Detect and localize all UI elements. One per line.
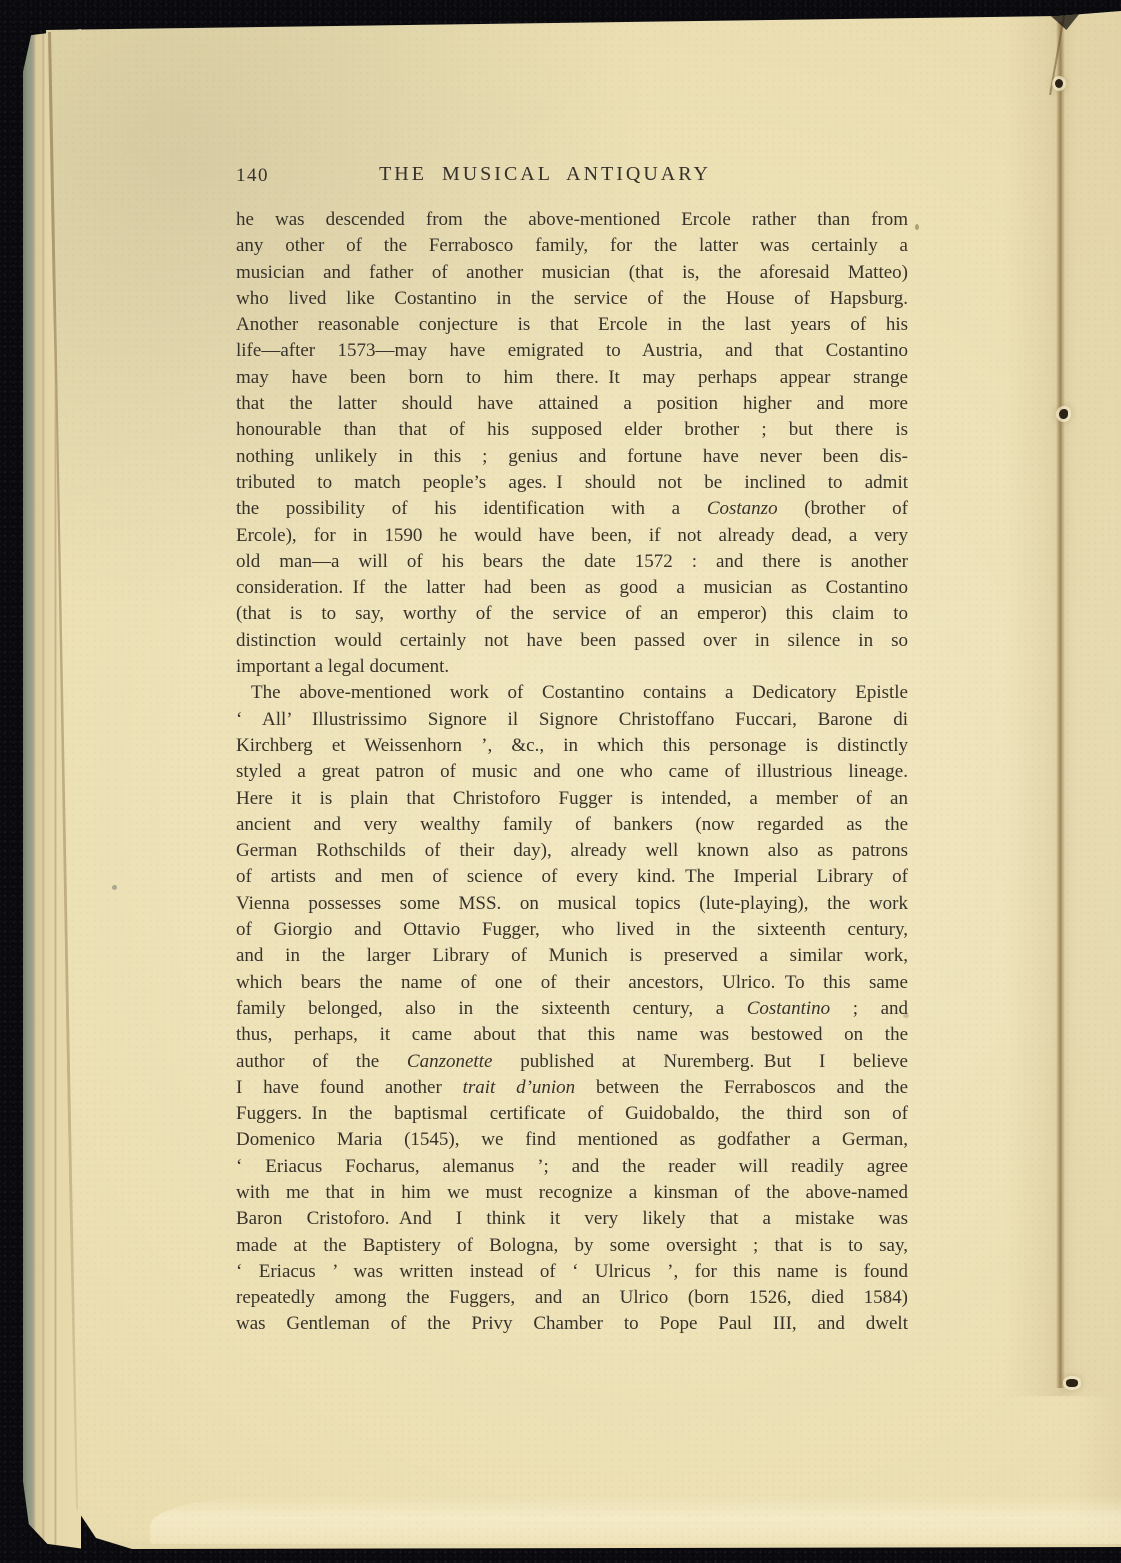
text-line: and in the larger Library of Munich is p… — [236, 943, 908, 969]
text-line: family belonged, also in the sixteenth c… — [236, 996, 908, 1022]
text-line: repeatedly among the Fuggers, and an Ulr… — [236, 1285, 908, 1311]
text-line: the possibility of his identification wi… — [236, 496, 908, 522]
text-line: thus, perhaps, it came about that this n… — [236, 1022, 908, 1048]
running-header: THE MUSICAL ANTIQUARY — [236, 163, 854, 186]
text-line: ‘ All’ Illustrissimo Signore il Signore … — [236, 707, 908, 733]
text-line: of Giorgio and Ottavio Fugger, who lived… — [236, 917, 908, 943]
text-line: nothing unlikely in this ; genius and fo… — [236, 444, 908, 470]
text-line: any other of the Ferrabosco family, for … — [236, 233, 908, 259]
paper-speck — [915, 224, 919, 230]
text-line: styled a great patron of music and one w… — [236, 759, 908, 785]
text-line: who lived like Costantino in the service… — [236, 286, 908, 312]
text-line: Vienna possesses some MSS. on musical to… — [236, 891, 908, 917]
photo-background: { "colors": { "background": "#0a0a0e", "… — [0, 0, 1121, 1563]
text-line: The above-mentioned work of Costantino c… — [236, 680, 908, 706]
book-page: 140 THE MUSICAL ANTIQUARY he was descend… — [0, 0, 1121, 1563]
text-line: made at the Baptistery of Bologna, by so… — [236, 1233, 908, 1259]
text-line: ancient and very wealthy family of banke… — [236, 812, 908, 838]
text-line: author of the Canzonette published at Nu… — [236, 1049, 908, 1075]
binding-stitch — [1055, 79, 1063, 88]
text-line: may have been born to him there. It may … — [236, 365, 908, 391]
binding-stitch — [1059, 409, 1068, 419]
text-line: Kirchberg et Weissenhorn ’, &c., in whic… — [236, 733, 908, 759]
text-line: honourable than that of his supposed eld… — [236, 417, 908, 443]
text-line: Here it is plain that Christoforo Fugger… — [236, 786, 908, 812]
text-line: important a legal document. — [236, 654, 908, 680]
text-line: musician and father of another musician … — [236, 260, 908, 286]
text-line: consideration. If the latter had been as… — [236, 575, 908, 601]
text-line: German Rothschilds of their day), alread… — [236, 838, 908, 864]
text-line: life—after 1573—may have emigrated to Au… — [236, 338, 908, 364]
text-line: that the latter should have attained a p… — [236, 391, 908, 417]
text-line: Another reasonable conjecture is that Er… — [236, 312, 908, 338]
text-line: distinction would certainly not have bee… — [236, 628, 908, 654]
text-line: of artists and men of science of every k… — [236, 864, 908, 890]
paper-speck — [112, 885, 117, 890]
text-line: was Gentleman of the Privy Chamber to Po… — [236, 1311, 908, 1337]
text-line: tributed to match people’s ages. I shoul… — [236, 470, 908, 496]
text-line: Ercole), for in 1590 he would have been,… — [236, 523, 908, 549]
text-line: he was descended from the above-mentione… — [236, 207, 908, 233]
text-line: with me that in him we must recognize a … — [236, 1180, 908, 1206]
text-line: ‘ Eriacus Focharus, alemanus ’; and the … — [236, 1154, 908, 1180]
text-line: ‘ Eriacus ’ was written instead of ‘ Ulr… — [236, 1259, 908, 1285]
page-body: he was descended from the above-mentione… — [236, 207, 908, 1338]
bottom-page-edge-highlight — [150, 1496, 1121, 1544]
text-line: Domenico Maria (1545), we find mentioned… — [236, 1127, 908, 1153]
text-line: old man—a will of his bears the date 157… — [236, 549, 908, 575]
paper-speck — [903, 1014, 909, 1018]
text-line: which bears the name of one of their anc… — [236, 970, 908, 996]
text-line: Baron Cristoforo. And I think it very li… — [236, 1206, 908, 1232]
binding-stitch — [1066, 1379, 1078, 1387]
text-line: Fuggers. In the baptismal certificate of… — [236, 1101, 908, 1127]
text-line: (that is to say, worthy of the service o… — [236, 601, 908, 627]
text-line: I have found another trait d’union betwe… — [236, 1075, 908, 1101]
gutter-crease — [1056, 22, 1065, 1388]
